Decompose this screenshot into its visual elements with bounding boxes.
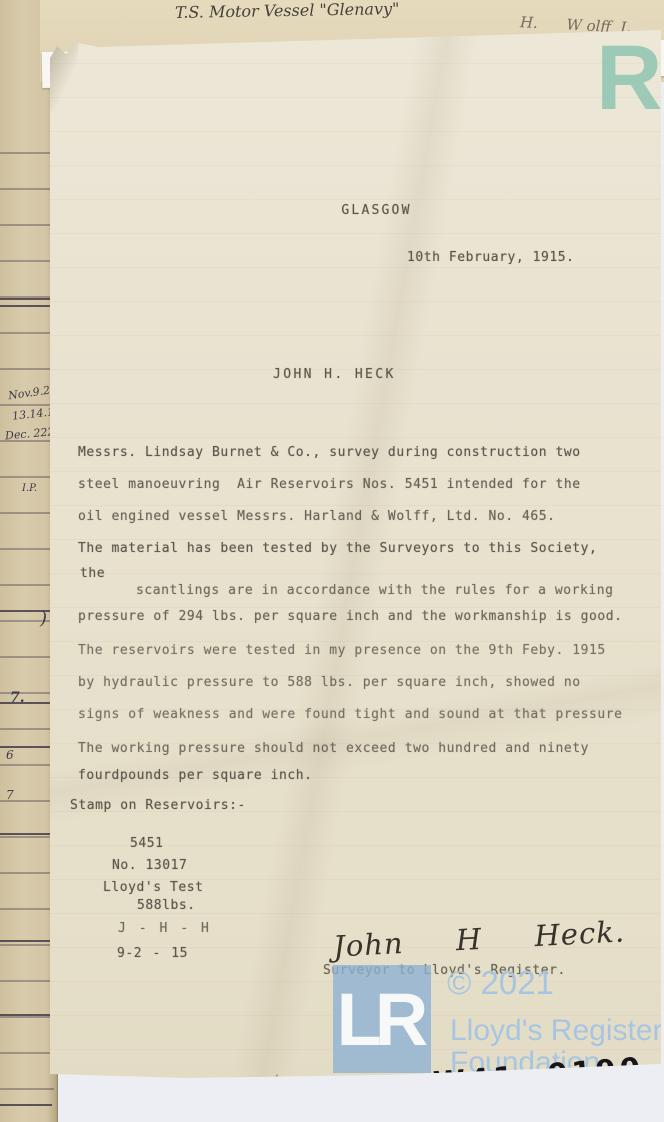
letter-body-line: The material has been tested by the Surv… — [78, 541, 597, 556]
letter-city: GLASGOW — [50, 203, 661, 218]
letter-body-line: scantlings are in accordance with the ru… — [136, 583, 613, 598]
watermark-org-name: Lloyd's Register — [450, 1014, 663, 1048]
stamp-detail-line: No. 13017 — [112, 858, 187, 873]
letter-body-line: The reservoirs were tested in my presenc… — [78, 643, 606, 658]
letter-body-line: the — [80, 566, 105, 581]
watermark-copyright: © 2021 — [447, 964, 554, 1002]
stamp-heading: Stamp on Reservoirs:- — [70, 798, 246, 813]
margin-handwriting: 7 — [6, 788, 14, 802]
margin-handwriting: 6 — [6, 748, 14, 762]
stamp-detail-line: J - H - H — [118, 921, 209, 936]
letter-date: 10th February, 1915. — [407, 250, 575, 265]
letter-page: R GLASGOW 10th February, 1915. JOHN H. H… — [50, 30, 661, 1078]
ledger-rule — [0, 1104, 52, 1106]
ledger-rule — [0, 298, 52, 300]
stamp-detail-line: 9-2 - 15 — [117, 946, 188, 961]
vessel-name-annotation: T.S. Motor Vessel "Glenavy" — [175, 0, 400, 22]
letter-body-line: fourdpounds per square inch. — [78, 768, 313, 783]
letter-body-line: steel manoeuvring Air Reservoirs Nos. 54… — [78, 477, 581, 492]
letter-recipient: JOHN H. HECK — [273, 367, 396, 382]
ledger-rule — [0, 702, 52, 704]
letter-body-line: by hydraulic pressure to 588 lbs. per sq… — [78, 675, 581, 690]
letter-body-line: pressure of 294 lbs. per square inch and… — [78, 609, 622, 624]
ledger-rule — [0, 833, 52, 835]
surveyor-signature: John H Heck. — [332, 914, 625, 963]
letter-body-line: oil engined vessel Messrs. Harland & Wol… — [78, 509, 555, 524]
ledger-rule — [0, 305, 52, 307]
received-stamp-r: R — [596, 32, 662, 124]
lr-logo-letters: LR — [337, 977, 422, 1062]
paper-thread — [268, 1074, 278, 1107]
stamp-detail-line: Lloyd's Test — [103, 880, 204, 895]
letter-body-line: The working pressure should not exceed t… — [78, 741, 589, 756]
lloyds-register-logo: LR — [333, 965, 431, 1073]
ledger-rule — [0, 1014, 52, 1016]
letter-body-line: signs of weakness and were found tight a… — [78, 707, 622, 722]
letter-body-line: Messrs. Lindsay Burnet & Co., survey dur… — [78, 445, 581, 460]
stamp-detail-line: 588lbs. — [137, 898, 196, 913]
ledger-page-edge: Nov.9.22 13.14.16. Dec. 2228 I.P. ) 7. 6… — [0, 0, 58, 1122]
ledger-rule — [0, 940, 52, 942]
scanned-document: Nov.9.22 13.14.16. Dec. 2228 I.P. ) 7. 6… — [0, 0, 664, 1122]
margin-handwriting: I.P. — [22, 483, 37, 494]
stamp-detail-line: 5451 — [130, 836, 164, 851]
margin-handwriting: 7. — [10, 690, 25, 706]
margin-handwriting: ) — [40, 608, 47, 629]
